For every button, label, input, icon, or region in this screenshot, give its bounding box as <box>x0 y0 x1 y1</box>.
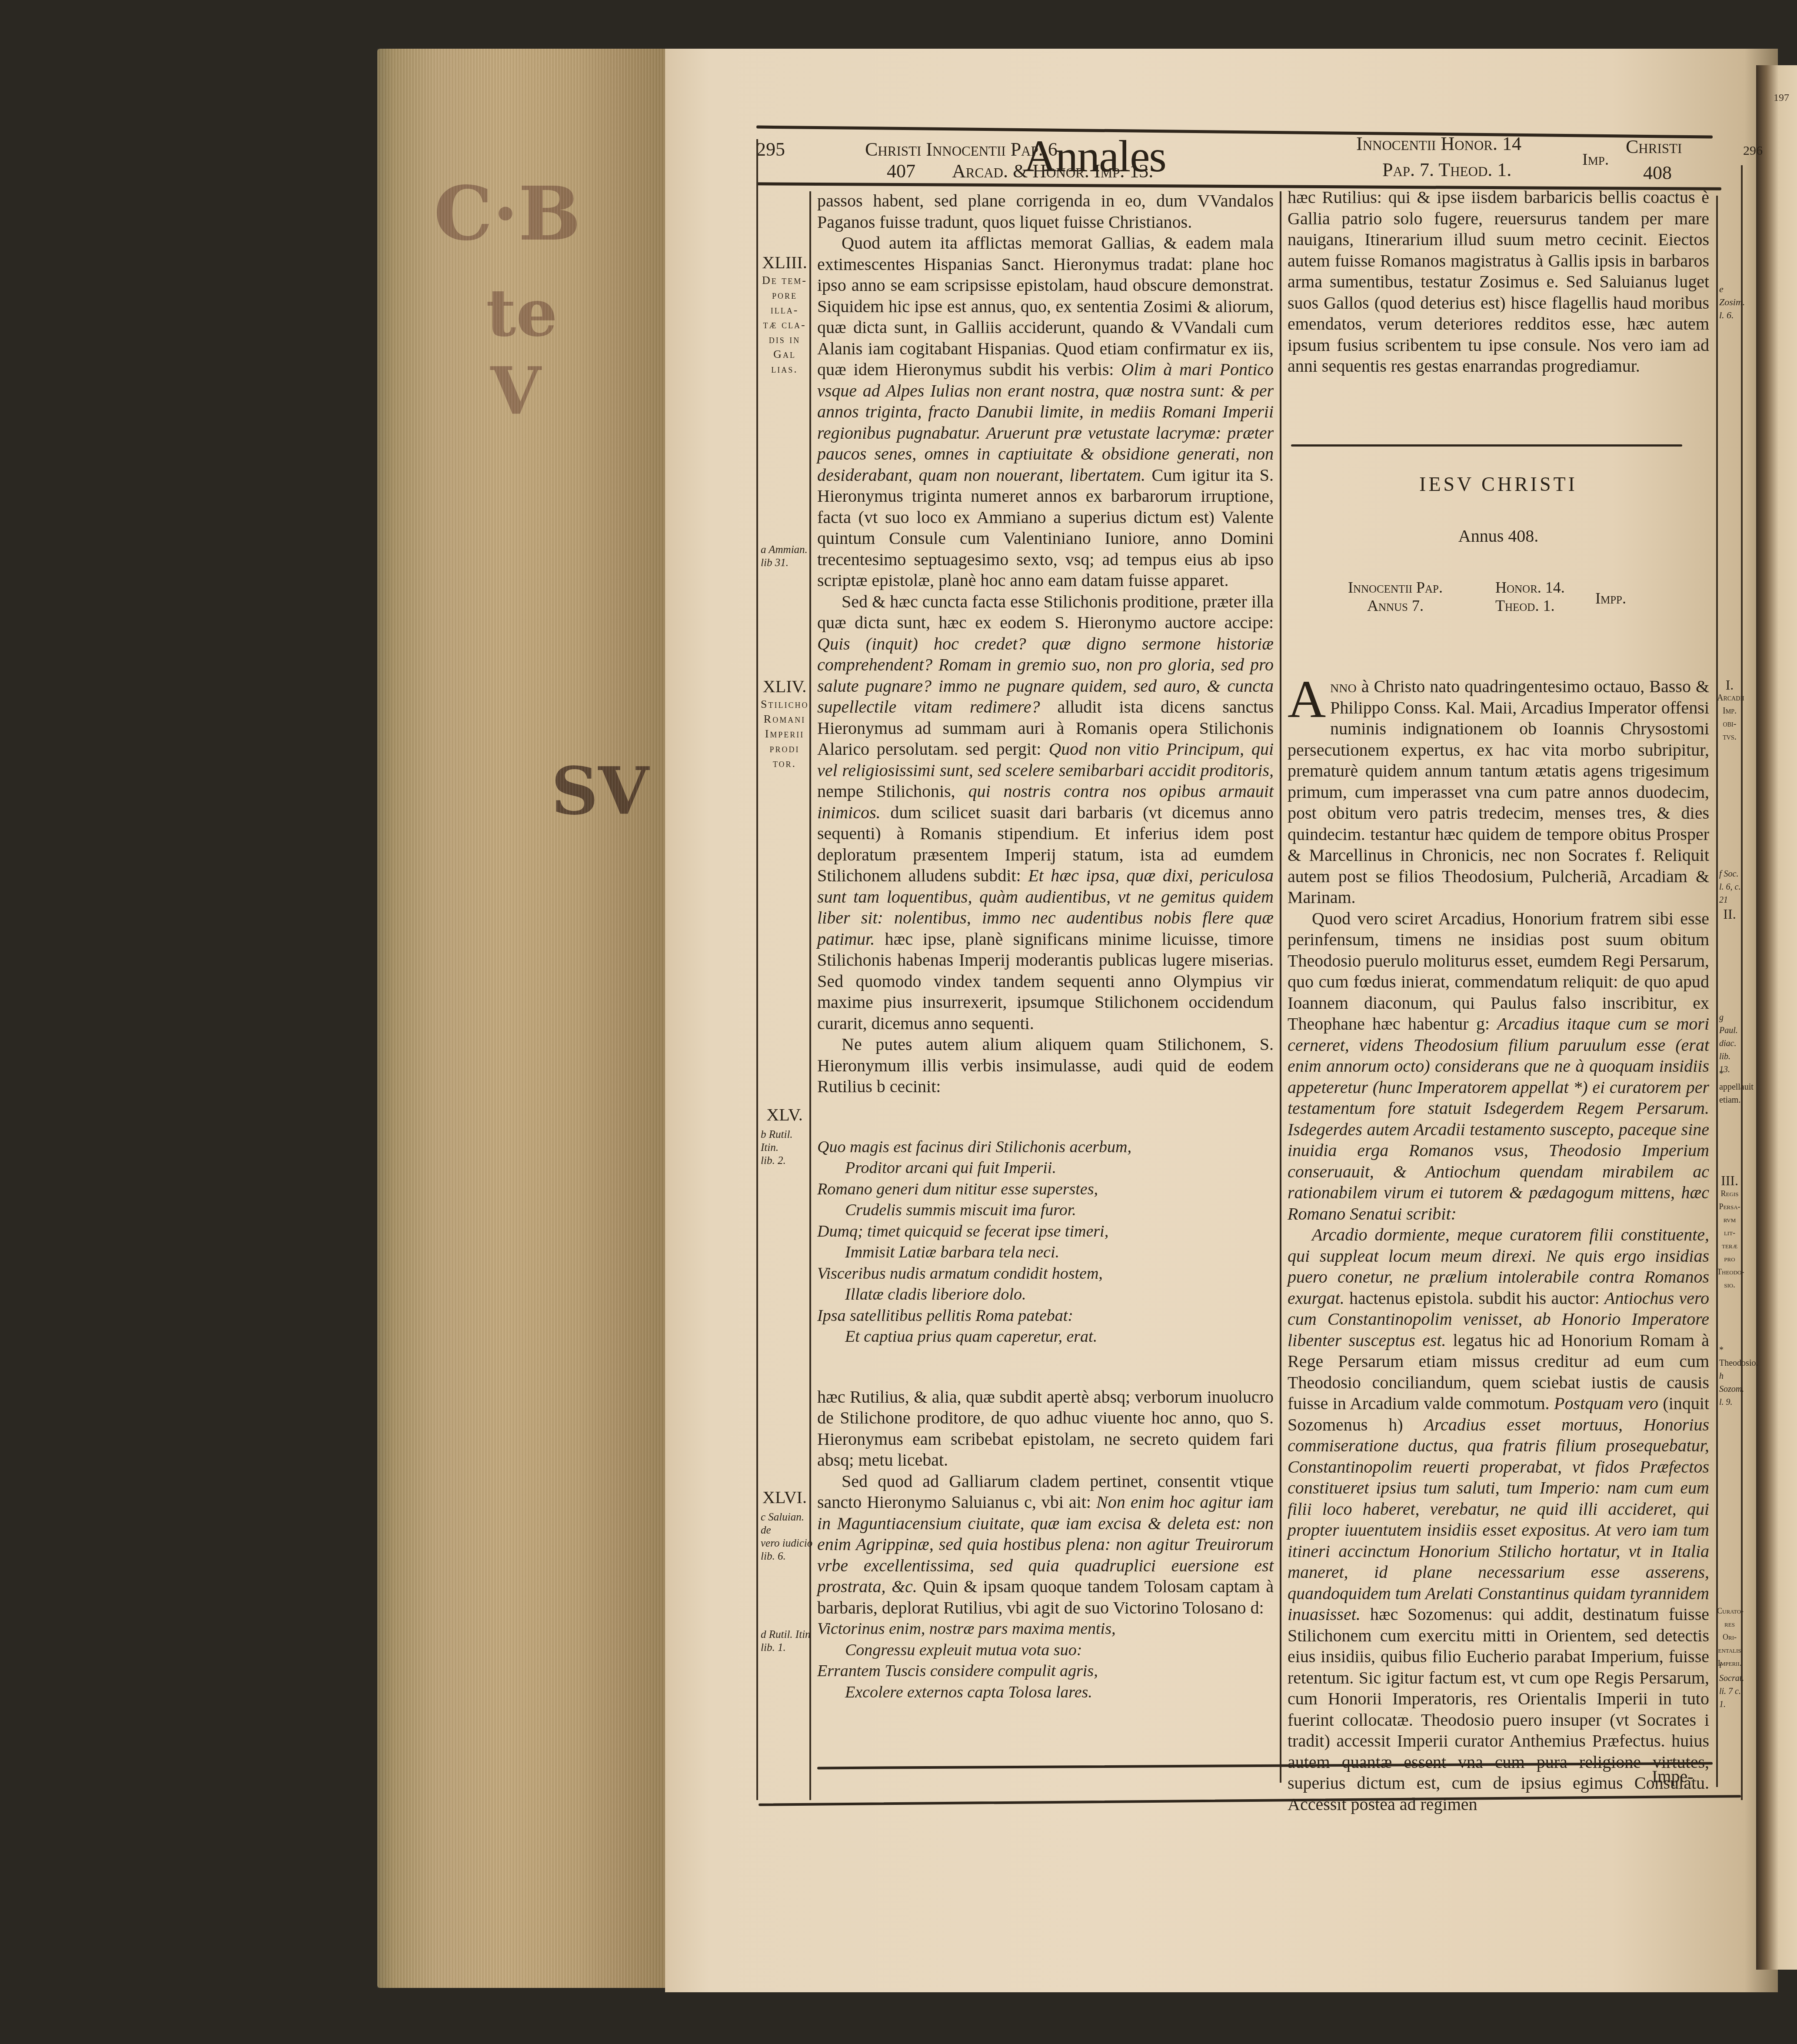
paragraph: Arcadio dormiente, meque curatorem filii… <box>1288 1224 1709 1815</box>
margin-caption-line: Imperii <box>761 727 809 741</box>
section-number: XLVI. <box>761 1487 809 1508</box>
margin-section-45: XLV. <box>761 1104 809 1125</box>
verse-line: Dumq; timet quicquid se fecerat ipse tim… <box>817 1221 1274 1242</box>
verse-line: Victorinus enim, nostræ pars maxima ment… <box>817 1618 1274 1640</box>
book-fore-edge: C·B te V SV <box>377 49 665 1988</box>
section-title: IESV CHRISTI <box>1288 474 1709 495</box>
margin-note-line: a Ammian. <box>761 544 813 557</box>
imperial-years: Honor. 14. Theod. 1. <box>1495 578 1608 615</box>
margin-note-rutil-2: d Rutil. Itin lib. 1. <box>761 1628 813 1654</box>
margin-note-line: lib. 1. <box>761 1641 813 1654</box>
body-text: à Christo nato quadringentesimo octauo, … <box>1288 677 1709 907</box>
body-text: hæc Sozomenus: qui addit, destinatum fui… <box>1288 1604 1709 1814</box>
margin-note-line: b Rutil. Itin. <box>761 1128 813 1154</box>
header-right-line2: Pap. 7. Theod. 1. <box>1382 159 1511 181</box>
margin-note-soc: f Soc. l. 6, c. 21 <box>1719 867 1743 907</box>
margin-note-line: c Saluian. de <box>761 1511 813 1537</box>
margin-caption-line: teræ <box>1717 1239 1742 1252</box>
outer-margin-rule <box>756 139 758 1800</box>
margin-caption-line: Romani <box>761 712 809 727</box>
impp-label: Impp. <box>1595 589 1626 607</box>
margin-note-line: lib 31. <box>761 557 813 570</box>
margin-note-line: d Rutil. Itin <box>761 1628 813 1641</box>
papal-year: Innocentii Pap. Annus 7. <box>1308 578 1482 615</box>
fore-edge-mark: C·B <box>434 170 581 257</box>
margin-caption-line: prodi <box>761 741 809 756</box>
running-title: Annales <box>1024 130 1166 182</box>
header-right-line1: Innocentii Honor. 14 <box>1356 133 1521 155</box>
margin-caption-line: lias. <box>761 362 809 377</box>
margin-caption-line: Persa- <box>1717 1200 1742 1213</box>
paragraph: hæc Rutilius: qui & ipse iisdem barbaric… <box>1288 187 1709 377</box>
verse-line: Crudelis summis miscuit ima furor. <box>817 1200 1274 1221</box>
margin-caption-line: pore illa- <box>761 288 809 317</box>
margin-caption-line: Theodo- <box>1717 1265 1742 1278</box>
margin-note-appellauit: * appellauit etiam. <box>1719 1067 1743 1107</box>
section-number: XLIII. <box>761 252 809 273</box>
margin-note-sozom: h Sozom. l. 9. <box>1719 1370 1743 1409</box>
header-right-year: 408 <box>1643 162 1672 184</box>
margin-note-socrat: i Socrat. li. 7 c. 1. <box>1719 1659 1743 1711</box>
fore-edge-mark: V <box>490 353 541 430</box>
fore-edge-mark: SV <box>551 753 649 830</box>
body-text: hæc ipse, planè significans minime licui… <box>817 929 1274 1033</box>
quotation: Arcadius esset mortuus, Honorius commise… <box>1288 1415 1709 1624</box>
margin-note-paul: g Paul. diac. lib. 13. <box>1719 1011 1743 1076</box>
year-label: Annus 408. <box>1288 526 1709 547</box>
margin-caption-line: De tem- <box>761 273 809 288</box>
quotation: Postquam vero <box>1554 1394 1658 1413</box>
year-heading-block: IESV CHRISTI Annus 408. <box>1288 465 1709 547</box>
margin-caption-line: Arcadii <box>1717 691 1742 704</box>
left-text-column: passos habent, sed plane corrigenda in e… <box>817 190 1274 1703</box>
margin-caption-line: tvs. <box>1717 730 1742 744</box>
verse-line: Proditor arcani qui fuit Imperii. <box>817 1157 1274 1179</box>
margin-section-1: I. Arcadii Imp. obi- tvs. <box>1717 678 1742 744</box>
margin-note-theodosio: * Theodosio. <box>1719 1344 1743 1370</box>
margin-caption-line: Stilicho <box>761 697 809 712</box>
facing-page-number: 197 <box>1774 92 1789 103</box>
verse-line: Errantem Tuscis considere compulit agris… <box>817 1661 1274 1682</box>
body-text: Quod autem ita afflictas memorat Gallias… <box>817 233 1274 379</box>
margin-caption-line: dis in Gal <box>761 332 809 362</box>
fore-edge-mark: te <box>486 275 558 351</box>
section-number: I. <box>1717 678 1742 691</box>
paragraph: Quod vero sciret Arcadius, Honorium frat… <box>1288 908 1709 1225</box>
margin-note-line: lib. 2. <box>761 1154 813 1167</box>
right-text-column-2: Anno à Christo nato quadringentesimo oct… <box>1288 676 1709 1815</box>
margin-note-line: vero iudicio <box>761 1537 813 1550</box>
section-number: XLV. <box>761 1104 809 1125</box>
paragraph: Ne putes autem alium aliquem quam Stilic… <box>817 1034 1274 1097</box>
right-text-column: hæc Rutilius: qui & ipse iisdem barbaric… <box>1288 187 1709 377</box>
body-text: hactenus epistola. subdit his auctor: <box>1349 1288 1600 1308</box>
paragraph: Sed & hæc cuncta facta esse Stilichonis … <box>817 591 1274 1034</box>
facing-page-edge: 197 <box>1756 65 1797 1970</box>
header-right-imp: Imp. <box>1582 150 1609 169</box>
quotation: Arcadius itaque cum se mori cerneret, vi… <box>1288 1014 1709 1224</box>
verse-line: Ipsa satellitibus pellitis Roma patebat: <box>817 1305 1274 1327</box>
margin-note-ammian: a Ammian. lib 31. <box>761 544 813 570</box>
verse-line: Romano generi dum nititur esse superstes… <box>817 1179 1274 1200</box>
drop-cap: A <box>1288 679 1326 720</box>
verse-line: Excolere externos capta Tolosa lares. <box>817 1682 1274 1703</box>
margin-caption-line: Regis <box>1717 1187 1742 1200</box>
section-divider-rule <box>1291 444 1682 447</box>
margin-section-2: II. <box>1717 907 1742 921</box>
paragraph: Sed quod ad Galliarum cladem pertinet, c… <box>817 1471 1274 1619</box>
margin-note-line: lib. 6. <box>761 1550 813 1563</box>
section-number: III. <box>1717 1174 1742 1187</box>
margin-section-44: XLIV. Stilicho Romani Imperii prodi tor. <box>761 676 809 771</box>
catchword: Impe- <box>1652 1766 1713 1787</box>
body-text: nempe Stilichonis, <box>817 781 955 801</box>
verse-line: Quo magis est facinus diri Stilichonis a… <box>817 1137 1274 1158</box>
verse-line: Congressu expleuit mutua vota suo: <box>817 1640 1274 1661</box>
header-right-christi: Christi <box>1626 136 1682 158</box>
pope-year: Annus 7. <box>1308 597 1482 615</box>
section-number: II. <box>1717 907 1742 921</box>
body-text: nno <box>1330 677 1357 696</box>
facing-page-fragment: 197 <box>1774 91 1789 104</box>
margin-note-zosim: e Zosim. l. 6. <box>1719 283 1745 322</box>
margin-note-rutil: b Rutil. Itin. lib. 2. <box>761 1128 813 1167</box>
margin-note-saluian: c Saluian. de vero iudicio lib. 6. <box>761 1511 813 1563</box>
margin-caption-line: tæ cla- <box>761 317 809 332</box>
paragraph: hæc Rutilius, & alia, quæ subdit apertè … <box>817 1387 1274 1471</box>
page-number-left: 295 <box>756 138 785 160</box>
pope-label: Innocentii Pap. <box>1308 578 1482 597</box>
verse-line: Illatæ cladis liberiore dolo. <box>817 1284 1274 1305</box>
margin-caption-line: res Ori- <box>1717 1617 1742 1644</box>
verse-quotation: Quo magis est facinus diri Stilichonis a… <box>817 1137 1274 1347</box>
column-divider-rule <box>1280 191 1281 1783</box>
body-text: Sed & hæc cuncta facta esse Stilichonis … <box>817 592 1274 633</box>
margin-caption-line: tor. <box>761 756 809 771</box>
margin-section-3: III. Regis Persa- rvm lit- teræ pro Theo… <box>1717 1174 1742 1291</box>
emperor-honorius-year: Honor. 14. <box>1495 578 1608 597</box>
margin-caption-line: pro <box>1717 1252 1742 1265</box>
right-outer-rule <box>1741 165 1743 1800</box>
margin-caption-line: entalis <box>1717 1644 1742 1657</box>
verse-line: Et captiua prius quam caperetur, erat. <box>817 1326 1274 1347</box>
page-number-right: 296 <box>1743 143 1763 158</box>
emperor-theodosius-year: Theod. 1. <box>1495 597 1608 615</box>
section-number: XLIV. <box>761 676 809 697</box>
verse-quotation: Victorinus enim, nostræ pars maxima ment… <box>817 1618 1274 1703</box>
margin-section-43: XLIII. De tem- pore illa- tæ cla- dis in… <box>761 252 809 377</box>
right-margin-rule <box>1716 196 1718 1787</box>
margin-caption-line: Curato- <box>1717 1604 1742 1617</box>
margin-caption-line: sio. <box>1717 1278 1742 1291</box>
verse-line: Immisit Latiæ barbara tela neci. <box>817 1242 1274 1263</box>
margin-section-46: XLVI. <box>761 1487 809 1508</box>
verse-line: Visceribus nudis armatum condidit hostem… <box>817 1263 1274 1284</box>
paragraph: passos habent, sed plane corrigenda in e… <box>817 190 1274 233</box>
margin-caption-line: Imp. obi- <box>1717 704 1742 730</box>
paragraph: Quod autem ita afflictas memorat Gallias… <box>817 233 1274 591</box>
header-left-year: 407 <box>887 160 915 182</box>
paragraph: Anno à Christo nato quadringentesimo oct… <box>1288 676 1709 908</box>
margin-caption-line: rvm lit- <box>1717 1213 1742 1239</box>
